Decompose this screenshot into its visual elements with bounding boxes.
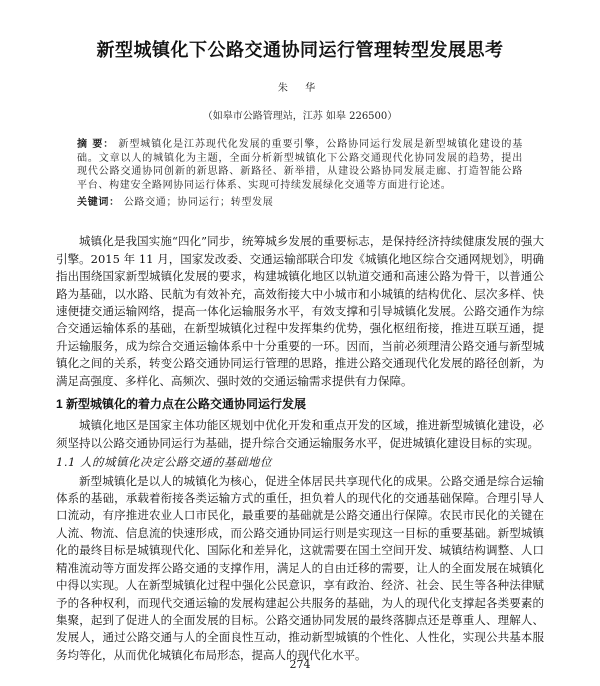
affiliation: （如皋市公路管理站，江苏 如皋 226500） bbox=[0, 107, 600, 122]
section-1-1-paragraph: 新型城镇化是以人的城镇化为核心，促进全体居民共享现代化的成果。公路交通是综合运输… bbox=[56, 473, 544, 664]
abstract: 摘 要： 新型城镇化是江苏现代化发展的重要引擎，公路协同运行发展是新型城镇化建设… bbox=[77, 138, 523, 192]
author-name: 朱 华 bbox=[0, 79, 600, 94]
paper-page: 新型城镇化下公路交通协同运行管理转型发展思考 朱 华 （如皋市公路管理站，江苏 … bbox=[0, 0, 600, 686]
section-1-1-heading: 1.1 人的城镇化决定公路交通的基础地位 bbox=[56, 454, 544, 471]
page-number: 274 bbox=[0, 658, 600, 671]
abstract-text: 新型城镇化是江苏现代化发展的重要引擎，公路协同运行发展是新型城镇化建设的基础。文… bbox=[77, 139, 523, 191]
keywords-label: 关键词： bbox=[77, 197, 120, 208]
paper-title: 新型城镇化下公路交通协同运行管理转型发展思考 bbox=[40, 36, 560, 62]
paper-body: 城镇化是我国实施“四化”同步，统筹城乡发展的重要标志，是保持经济持续健康发展的强… bbox=[56, 233, 544, 664]
abstract-label: 摘 要： bbox=[77, 139, 114, 150]
section-1-heading: 1 新型城镇化的着力点在公路交通协同运行发展 bbox=[56, 396, 544, 413]
section-1-paragraph: 城镇化地区是国家主体功能区规划中优化开发和重点开发的区域，推进新型城镇化建设，必… bbox=[56, 417, 544, 452]
keywords-text: 公路交通；协同运行；转型发展 bbox=[124, 197, 274, 208]
keywords: 关键词： 公路交通；协同运行；转型发展 bbox=[77, 193, 523, 208]
intro-paragraph: 城镇化是我国实施“四化”同步，统筹城乡发展的重要标志，是保持经济持续健康发展的强… bbox=[56, 233, 544, 390]
